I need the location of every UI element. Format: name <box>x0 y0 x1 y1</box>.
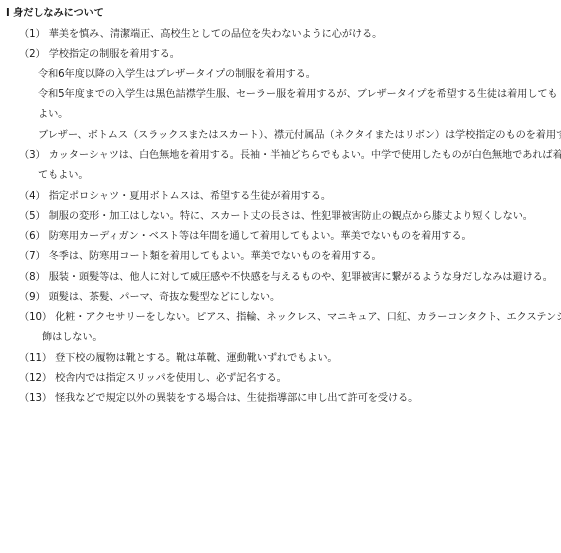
rule-item-1: （1） 華美を慎み、清潔端正、高校生としての品位を失わないように心がける。 <box>19 28 382 42</box>
rule-item-4: （4） 指定ポロシャツ・夏用ボトムスは、希望する生徒が着用する。 <box>19 190 331 204</box>
rule-item-3: （3） カッターシャツは、白色無地を着用する。長袖・半袖どちらでもよい。中学で使… <box>19 149 561 163</box>
rule-item-11: （11） 登下校の履物は靴とする。靴は革靴、運動靴いずれでもよい。 <box>19 352 338 366</box>
rule-item-13: （13） 怪我などで規定以外の異装をする場合は、生徒指導部に申し出て許可を受ける… <box>19 392 418 406</box>
rule-item-10-cont: 飾はしない。 <box>42 331 103 345</box>
rule-item-5: （5） 制服の変形・加工はしない。特に、スカート丈の長さは、性犯罪被害防止の観点… <box>19 210 533 224</box>
rule-item-2b-cont: よい。 <box>38 108 68 122</box>
rule-item-2: （2） 学校指定の制服を着用する。 <box>19 48 180 62</box>
rule-item-10: （10） 化粧・アクセサリーをしない。ピアス、指輪、ネックレス、マニキュア、口紅… <box>19 311 561 325</box>
rule-item-2b: 令和5年度までの入学生は黒色詰襟学生服、セーラー服を着用するが、ブレザータイプを… <box>38 88 558 102</box>
rule-item-3-cont: てもよい。 <box>38 169 88 183</box>
section1-title: Ⅰ 身だしなみについて <box>6 7 104 21</box>
rule-item-7: （7） 冬季は、防寒用コート類を着用してもよい。華美でないものを着用する。 <box>19 250 382 264</box>
rule-item-2c: ブレザー、ボトムス（スラックスまたはスカート）、襟元付属品（ネクタイまたはリボン… <box>38 129 561 143</box>
rule-item-6: （6） 防寒用カーディガン・ベスト等は年間を通して着用してもよい。華美でないもの… <box>19 230 472 244</box>
rule-item-2a: 令和6年度以降の入学生はブレザータイプの制服を着用する。 <box>38 68 316 82</box>
rule-item-9: （9） 頭髪は、茶髪、パーマ、奇抜な髪型などにしない。 <box>19 291 280 305</box>
rule-item-12: （12） 校舎内では指定スリッパを使用し、必ず記名する。 <box>19 372 287 386</box>
rule-item-8: （8） 服装・頭髪等は、他人に対して威圧感や不快感を与えるものや、犯罪被害に繋が… <box>19 271 553 285</box>
